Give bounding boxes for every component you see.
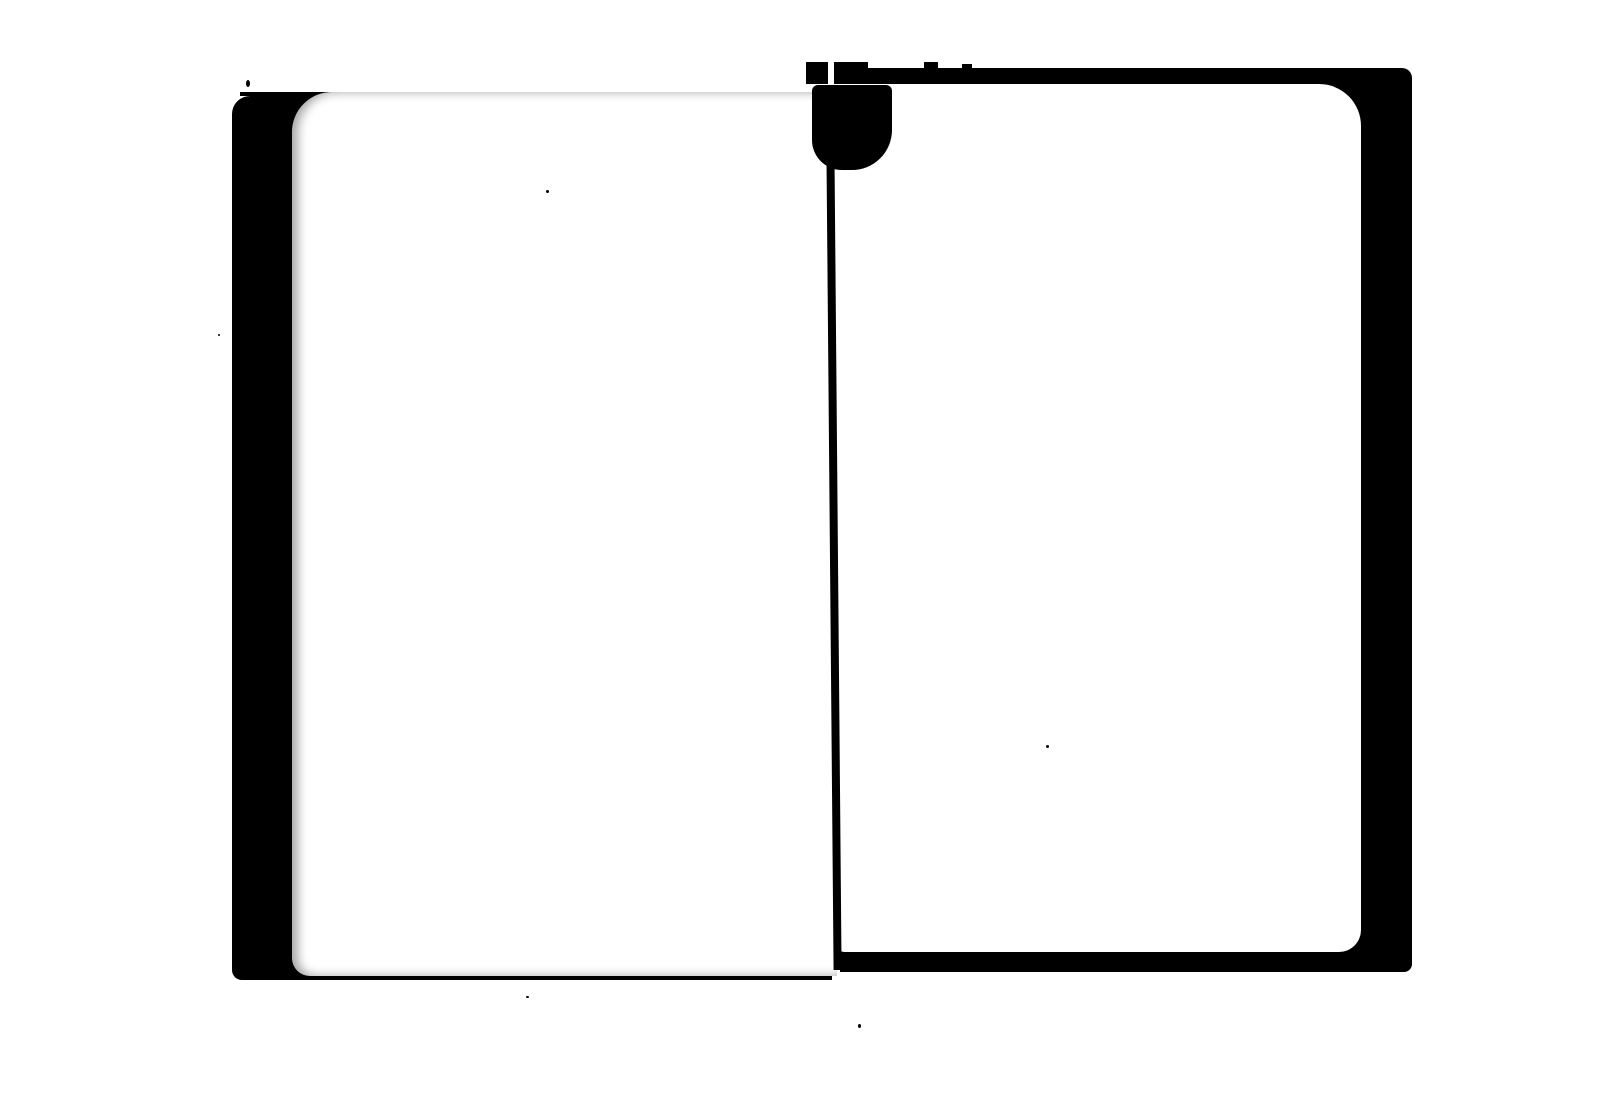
left-page xyxy=(292,92,837,976)
speck xyxy=(526,996,529,998)
right-page xyxy=(835,84,1361,952)
speck xyxy=(1046,745,1049,748)
gutter-shadow xyxy=(812,85,892,170)
speck xyxy=(858,1024,861,1028)
binding-tab xyxy=(924,62,938,84)
speck xyxy=(546,190,549,193)
book-scan xyxy=(0,0,1600,1098)
speck xyxy=(246,80,250,87)
speck xyxy=(218,334,220,336)
binding-tab xyxy=(834,62,868,84)
binding-tab xyxy=(806,62,828,84)
binding-tab xyxy=(962,64,972,74)
